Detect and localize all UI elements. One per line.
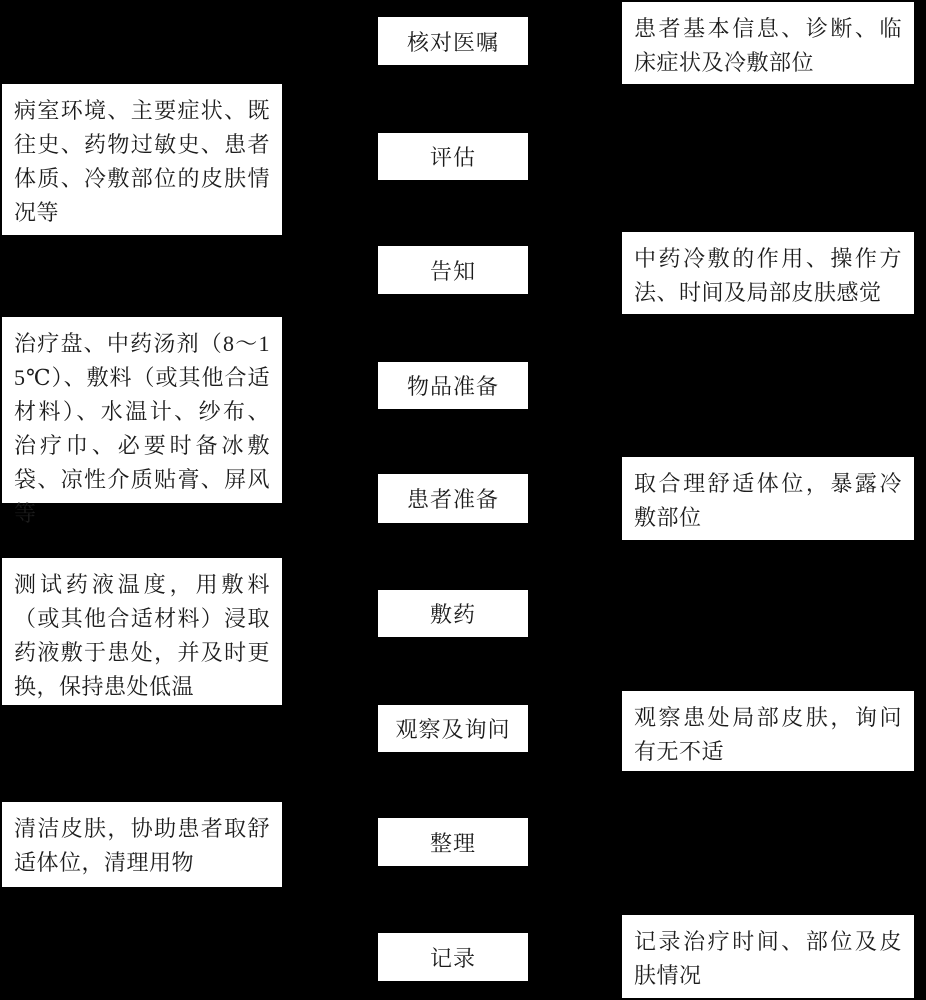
step-box-verify-orders: 核对医嘱	[378, 17, 528, 65]
step-box-inform: 告知	[378, 246, 528, 294]
step-label: 物品准备	[407, 370, 499, 401]
step-box-observe-inquire: 观察及询问	[378, 705, 528, 752]
step-box-assess: 评估	[378, 133, 528, 180]
note-observe-inquire-details: 观察患处局部皮肤，询问有无不适	[622, 691, 914, 771]
flowchart-cold-compress-procedure: 核对医嘱 评估 告知 物品准备 患者准备 敷药 观察及询问 整理 记录 病室环境…	[0, 0, 926, 1000]
step-box-record: 记录	[378, 933, 528, 981]
step-box-patient-preparation: 患者准备	[378, 474, 528, 523]
step-box-item-preparation: 物品准备	[378, 362, 528, 409]
note-inform-details: 中药冷敷的作用、操作方法、时间及局部皮肤感觉	[622, 232, 914, 314]
step-label: 整理	[430, 827, 476, 858]
step-label: 评估	[430, 141, 476, 172]
step-box-tidy-up: 整理	[378, 818, 528, 866]
step-label: 观察及询问	[395, 713, 510, 744]
note-patient-preparation-details: 取合理舒适体位，暴露冷敷部位	[622, 457, 914, 540]
note-record-details: 记录治疗时间、部位及皮肤情况	[622, 915, 914, 998]
note-apply-compress-details: 测试药液温度，用敷料（或其他合适材料）浸取药液敷于患处，并及时更换，保持患处低温	[2, 558, 282, 705]
step-label: 记录	[430, 942, 476, 973]
step-label: 敷药	[430, 598, 476, 629]
note-verify-orders-details: 患者基本信息、诊断、临床症状及冷敷部位	[622, 2, 914, 84]
step-label: 核对医嘱	[407, 26, 499, 57]
note-tidy-up-details: 清洁皮肤，协助患者取舒适体位，清理用物	[2, 802, 282, 887]
step-box-apply-compress: 敷药	[378, 590, 528, 637]
step-label: 告知	[430, 255, 476, 286]
step-label: 患者准备	[407, 483, 499, 514]
note-assess-details: 病室环境、主要症状、既往史、药物过敏史、患者体质、冷敷部位的皮肤情况等	[2, 84, 282, 235]
note-item-preparation-details: 治疗盘、中药汤剂（8～15℃）、敷料（或其他合适材料）、水温计、纱布、治疗巾、必…	[2, 317, 282, 503]
